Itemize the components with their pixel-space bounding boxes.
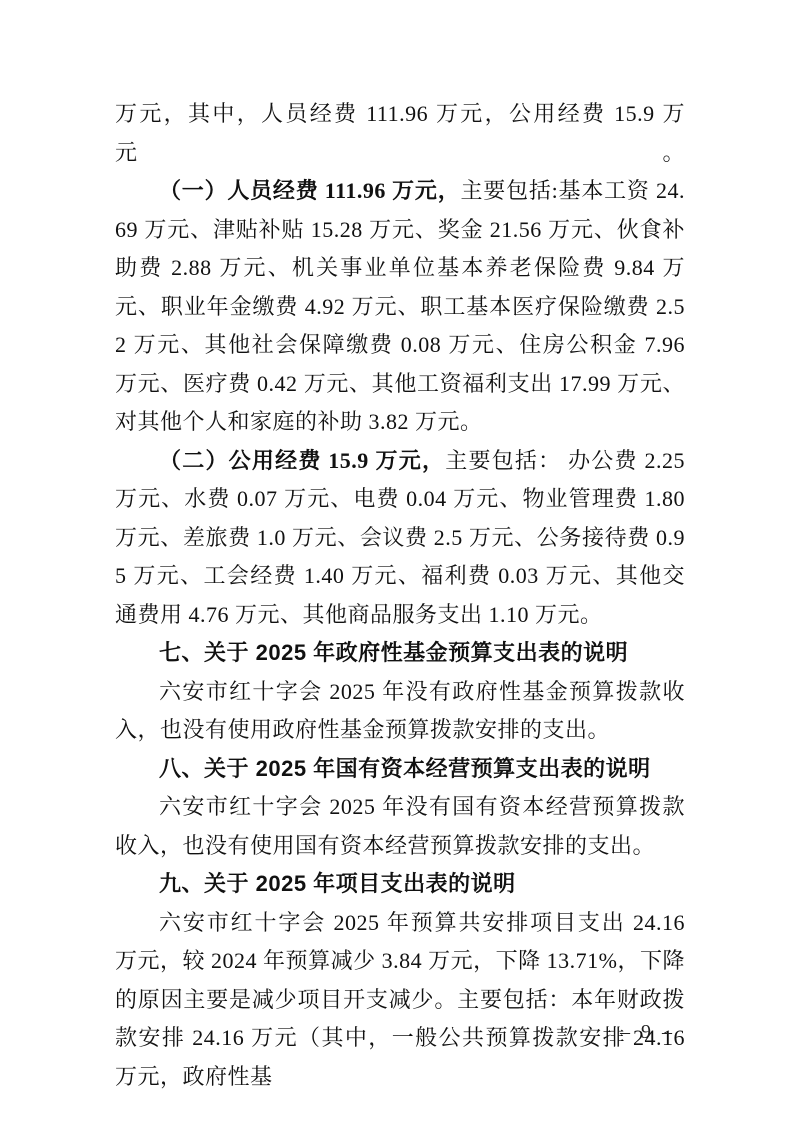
paragraph: （二）公用经费 15.9 万元，主要包括： 办公费 2.25 万元、水费 0.0… [115, 442, 685, 635]
bold-text-run: （一）人员经费 111.96 万元， [159, 178, 461, 203]
paragraph: 六安市红十字会 2025 年没有国有资本经营预算拨款收入，也没有使用国有资本经营… [115, 788, 685, 865]
bold-text-run: 七、关于 2025 年政府性基金预算支出表的说明 [159, 640, 628, 665]
text-run: 六安市红十字会 2025 年预算共安排项目支出 24.16 万元，较 2024 … [115, 910, 685, 1089]
document-body: 万元，其中，人员经费 111.96 万元，公用经费 15.9 万元。（一）人员经… [115, 95, 685, 1096]
paragraph: 六安市红十字会 2025 年预算共安排项目支出 24.16 万元，较 2024 … [115, 904, 685, 1097]
text-run: 六安市红十字会 2025 年没有政府性基金预算拨款收入，也没有使用政府性基金预算… [115, 679, 685, 743]
text-run: 万元，其中，人员经费 111.96 万元，公用经费 15.9 万元。 [115, 101, 685, 165]
page-number: – 9 – [620, 1020, 675, 1044]
text-run: 主要包括:基本工资 24.69 万元、津贴补贴 15.28 万元、奖金 21.5… [115, 178, 685, 434]
paragraph: 万元，其中，人员经费 111.96 万元，公用经费 15.9 万元。 [115, 95, 685, 172]
section-heading: 七、关于 2025 年政府性基金预算支出表的说明 [115, 634, 685, 673]
bold-text-run: 九、关于 2025 年项目支出表的说明 [159, 871, 516, 896]
section-heading: 九、关于 2025 年项目支出表的说明 [115, 865, 685, 904]
section-heading: 八、关于 2025 年国有资本经营预算支出表的说明 [115, 750, 685, 789]
bold-text-run: （二）公用经费 15.9 万元， [159, 448, 445, 473]
paragraph: （一）人员经费 111.96 万元，主要包括:基本工资 24.69 万元、津贴补… [115, 172, 685, 442]
bold-text-run: 八、关于 2025 年国有资本经营预算支出表的说明 [159, 756, 651, 781]
text-run: 主要包括： 办公费 2.25 万元、水费 0.07 万元、电费 0.04 万元、… [115, 448, 685, 627]
text-run: 六安市红十字会 2025 年没有国有资本经营预算拨款收入，也没有使用国有资本经营… [115, 794, 685, 858]
document-page: 万元，其中，人员经费 111.96 万元，公用经费 15.9 万元。（一）人员经… [0, 0, 793, 1122]
paragraph: 六安市红十字会 2025 年没有政府性基金预算拨款收入，也没有使用政府性基金预算… [115, 673, 685, 750]
